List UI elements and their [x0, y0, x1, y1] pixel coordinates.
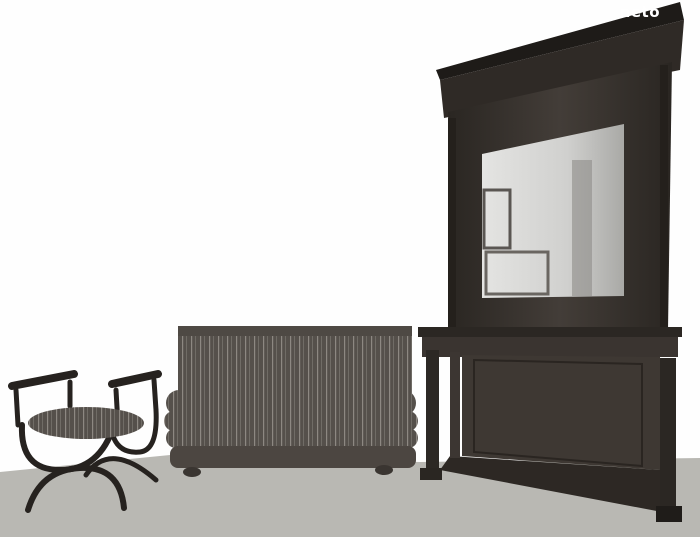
stool-cushion — [28, 407, 144, 439]
column-left-back — [450, 352, 460, 458]
mirror-glass — [482, 124, 624, 298]
column-right — [660, 358, 676, 508]
watermark: neto — [620, 3, 660, 21]
photograph: neto — [0, 0, 700, 537]
column-left-front — [426, 350, 439, 472]
sofa — [164, 326, 418, 477]
furniture-scene — [0, 0, 700, 537]
pier-mirror — [436, 2, 684, 330]
